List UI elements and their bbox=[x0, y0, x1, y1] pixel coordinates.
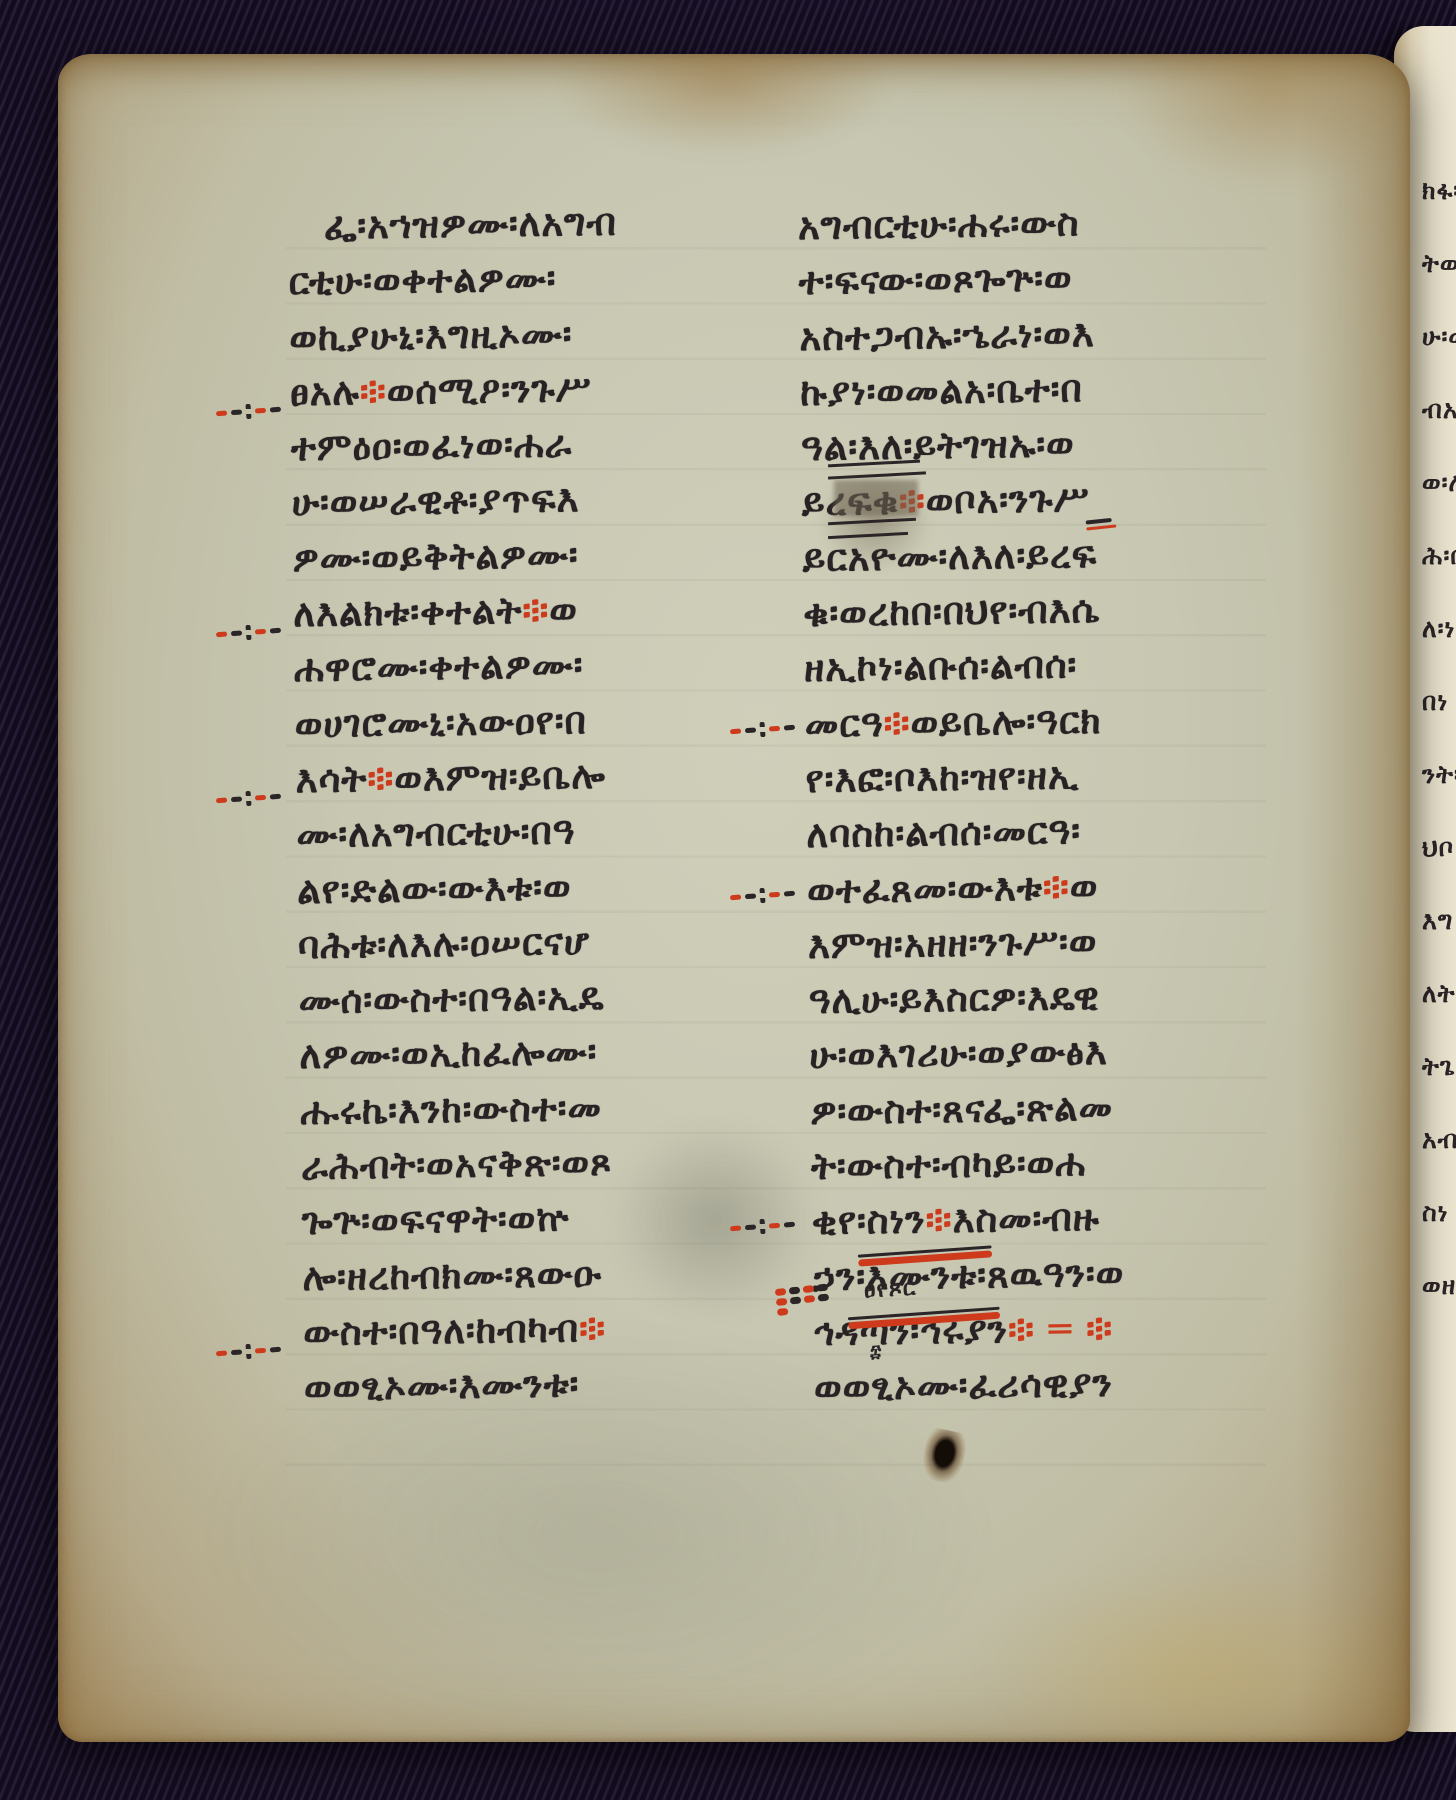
geez-text-line: ሑሩኬ፡እንከ፡ውስተ፡መ bbox=[300, 1078, 761, 1140]
geez-text-line: የ፡እፎ፡ቦእከ፡ዝየ፡ዘኢ bbox=[805, 746, 1246, 807]
geez-text-line: ወሀገሮሙኒ፡አውዐየ፡በ bbox=[294, 690, 755, 752]
geez-text-line: ወወፂኦሙ፡እሙንቱ፡ bbox=[304, 1354, 765, 1416]
geez-text-line: ት፡ውስተ፡ብካይ፡ወሐ bbox=[811, 1133, 1252, 1194]
geez-text-line: ኩያነ፡ወመልአ፡ቤተ፡በ bbox=[800, 359, 1241, 420]
geez-text-line: ወተፈጸመ፡ውእቱ፨ወ bbox=[807, 856, 1248, 917]
edge-text-fragment: ትጌ bbox=[1422, 1052, 1456, 1082]
geez-text-line: ሎ፡ዘረከብክሙ፡ጸውዑ bbox=[302, 1243, 763, 1305]
paragraph-mark bbox=[216, 1342, 282, 1361]
geez-text-line: ጐጕ፡ወፍናዋት፡ወኵ bbox=[301, 1188, 762, 1250]
geez-text-line: ቁ፡ወረከበ፡በህየ፡ብእሴ bbox=[803, 580, 1244, 641]
text-column-right: አግብርቲሁ፡ሐሩ፡ውስተ፡ፍናው፡ወጾጐጕ፡ወአስተጋብኡ፡ኄራነ፡ወእኩያነ… bbox=[798, 193, 1255, 1416]
geez-text-line: እሳት፨ወእምዝ፡ይቤሎ bbox=[295, 746, 756, 808]
edge-text-fragment: ትወ፡ bbox=[1422, 249, 1456, 279]
edge-text-fragment: ስነ bbox=[1422, 1198, 1449, 1228]
gutter-note-figure: ፰ bbox=[870, 1342, 881, 1362]
geez-text-line: ቂየ፡ስነን፨እስመ፡ብዙ bbox=[811, 1188, 1252, 1249]
edge-text-fragment: እግ bbox=[1422, 906, 1453, 936]
geez-text-line: መርዓ፨ወይቤሎ፡ዓርክ bbox=[804, 691, 1245, 752]
manuscript-page: ፌ፡አኀዝዎሙ፡ለአግብርቲሁ፡ወቀተልዎሙ፡ወኪያሁኒ፡እግዚኦሙ፡ፀአሉ፨ወ… bbox=[58, 54, 1410, 1742]
geez-text-line: አስተጋብኡ፡ኄራነ፡ወእ bbox=[799, 304, 1240, 365]
paragraph-mark bbox=[216, 402, 282, 421]
geez-text-line: ለእልክቱ፡ቀተልት፨ወ bbox=[293, 580, 754, 642]
edge-text-fragment: ብአ፡ bbox=[1422, 395, 1456, 425]
geez-text-line: ሐዋሮሙ፡ቀተልዎሙ፡ bbox=[294, 635, 755, 697]
geez-text-line: አግብርቲሁ፡ሐሩ፡ውስ bbox=[798, 193, 1239, 254]
geez-text-line: ዘኢኮነ፡ልቡሰ፡ልብሰ፡ bbox=[804, 635, 1245, 696]
geez-text-line: ተምዕዐ፡ወፈነወ፡ሐራ bbox=[291, 414, 752, 476]
geez-text-line: ራሕብት፡ወአናቅጽ፡ወጾ bbox=[301, 1133, 762, 1195]
edge-text-fragment: ወ፡ለ bbox=[1422, 468, 1456, 498]
geez-text-line: ወኪያሁኒ፡እግዚኦሙ፡ bbox=[289, 303, 750, 365]
geez-text-line: ለባስከ፡ልብሰ፡መርዓ፡ bbox=[806, 801, 1247, 862]
paragraph-mark bbox=[216, 623, 282, 642]
insertion-mark bbox=[1085, 514, 1117, 533]
geez-text-line: ፀአሉ፨ወሰሚዖ፡ንጉሥ bbox=[290, 359, 751, 421]
edge-text-fragment: ሁ፡ወ bbox=[1422, 322, 1456, 352]
edge-text-fragment: ህቦ bbox=[1422, 833, 1454, 863]
geez-text-line: ሁ፡ወሠራዊቶ፡ያጥፍእ bbox=[291, 469, 752, 531]
geez-text-line: ሙ፡ለአግብርቲሁ፡በዓ bbox=[296, 801, 757, 863]
edge-text-fragment: ሕ፡በ bbox=[1422, 541, 1456, 571]
geez-text-line: ፌ፡አኀዝዎሙ፡ለአግብ bbox=[288, 193, 749, 255]
stain-bottom-right bbox=[978, 1564, 1410, 1742]
paragraph-mark bbox=[216, 789, 282, 808]
geez-text-line: ዓሊሁ፡ይእስርዎ፡እዴዊ bbox=[808, 967, 1249, 1028]
geez-text-line: ልየ፡ድልው፡ውእቱ፡ወ bbox=[297, 856, 758, 918]
geez-text-line: ሁ፡ወእገሪሁ፡ወያውፅእ bbox=[809, 1022, 1250, 1083]
geez-text-line: ወወፂኦሙ፡ፈሪሳዊያን bbox=[814, 1354, 1255, 1415]
edge-text-fragment: ንት፡ bbox=[1422, 760, 1456, 790]
geez-text-line: ባሕቱ፡ለእሉ፡ዐሠርናሆ bbox=[298, 912, 759, 974]
geez-text-line: ርቲሁ፡ወቀተልዎሙ፡ bbox=[288, 248, 749, 310]
geez-text-line: ዎ፡ውስተ፡ጸናፌ፡ጽልመ bbox=[810, 1078, 1251, 1139]
edge-text-fragment: በነ bbox=[1422, 687, 1448, 717]
edge-text-fragment: ክፋ፡ bbox=[1422, 176, 1456, 206]
geez-text-line: ሙሰ፡ውስተ፡በዓል፡ኢዴ bbox=[298, 967, 759, 1029]
water-stain-top bbox=[554, 54, 894, 158]
text-column-left: ፌ፡አኀዝዎሙ፡ለአግብርቲሁ፡ወቀተልዎሙ፡ወኪያሁኒ፡እግዚኦሙ፡ፀአሉ፨ወ… bbox=[288, 193, 765, 1416]
photograph-scene: ክፋ፡ትወ፡ሁ፡ወብአ፡ወ፡ለሕ፡በለ፡ነበነንት፡ህቦእግለት፡ትጌአብስነወ… bbox=[0, 0, 1456, 1800]
gutter-note-text: ፀየጾር bbox=[863, 1275, 917, 1304]
geez-text-line: ዎሙ፡ወይቅትልዎሙ፡ bbox=[292, 525, 753, 587]
geez-text-line: እምዝ፡አዘዘ፡ንጉሥ፡ወ bbox=[808, 912, 1249, 973]
geez-text-line: ውስተ፡በዓለ፡ከብካብ፨ bbox=[303, 1299, 764, 1361]
edge-text-fragment: ለት፡ bbox=[1422, 979, 1456, 1009]
correction-rules-mark bbox=[828, 460, 924, 544]
page-curl-shading bbox=[1298, 54, 1410, 1742]
edge-text-fragment: ወዘ bbox=[1422, 1271, 1456, 1301]
geez-text-line: ለዎሙ፡ወኢከፈሎሙ፡ bbox=[299, 1022, 760, 1084]
stain-top-right-corner bbox=[1122, 54, 1410, 184]
edge-text-fragment: አብ bbox=[1422, 1125, 1456, 1155]
geez-text-line: ተ፡ፍናው፡ወጾጐጕ፡ወ bbox=[798, 248, 1239, 309]
edge-text-fragment: ለ፡ነ bbox=[1422, 614, 1455, 644]
